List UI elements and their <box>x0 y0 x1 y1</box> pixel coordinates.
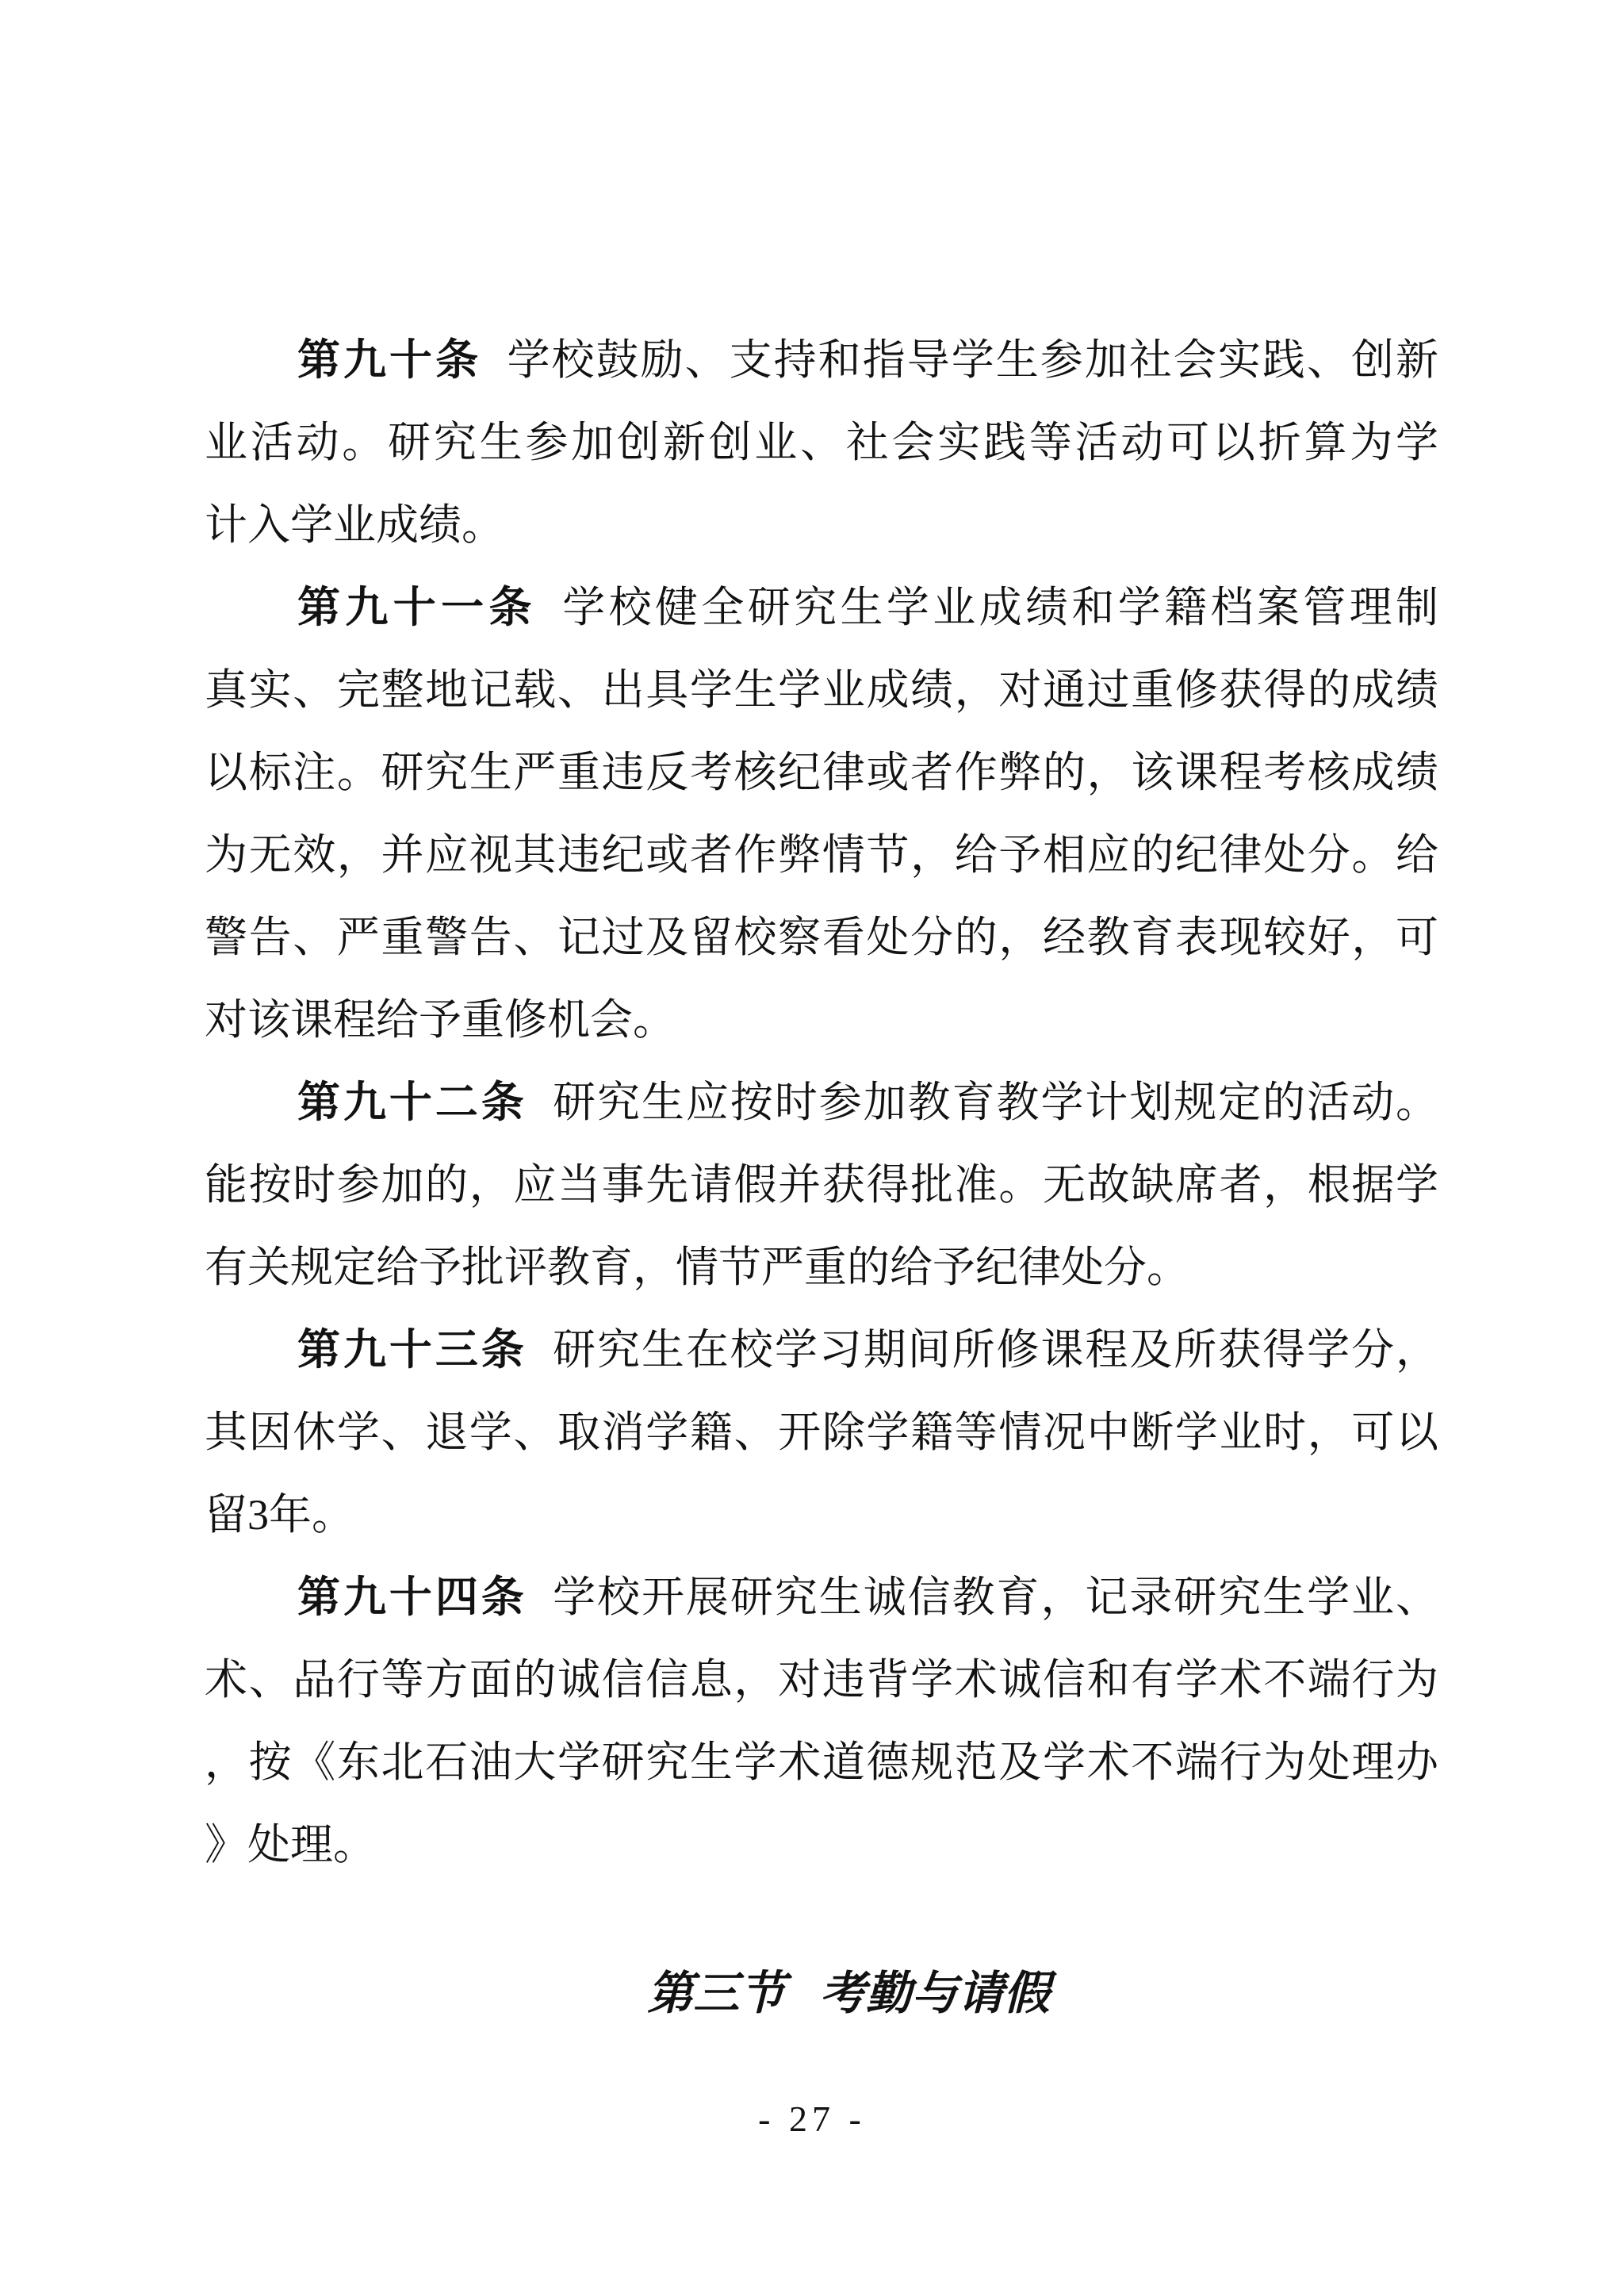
paragraph: 第九十三条研究生在校学习期间所修课程及所获得学分，在其因休学、退学、取消学籍、开… <box>205 1309 1438 1556</box>
paragraph-line: 第九十条学校鼓励、支持和指导学生参加社会实践、创新创 <box>205 319 1438 401</box>
document-body: 第九十条学校鼓励、支持和指导学生参加社会实践、创新创业活动。研究生参加创新创业、… <box>205 319 1438 1886</box>
paragraph-line: 计入学业成绩。 <box>205 484 1438 566</box>
paragraph-line: 其因休学、退学、取消学籍、开除学籍等情况中断学业时，可以保 <box>205 1391 1438 1474</box>
paragraph-line: 第九十三条研究生在校学习期间所修课程及所获得学分，在 <box>205 1309 1438 1391</box>
paragraph: 第九十一条学校健全研究生学业成绩和学籍档案管理制度，真实、完整地记载、出具学生学… <box>205 566 1438 1061</box>
article-number: 第九十一条 <box>297 584 537 631</box>
section-heading: 第三节 考勤与请假 <box>36 1953 1624 2035</box>
paragraph-line: 警告、严重警告、记过及留校察看处分的，经教育表现较好，可以 <box>205 896 1438 979</box>
document-page: 第九十条学校鼓励、支持和指导学生参加社会实践、创新创业活动。研究生参加创新创业、… <box>0 0 1624 2296</box>
page-number: - 27 - <box>0 2095 1624 2143</box>
paragraph-line: 留3年。 <box>205 1474 1438 1556</box>
article-number: 第九十条 <box>297 336 481 384</box>
paragraph-line: 术、品行等方面的诚信信息，对违背学术诚信和有学术不端行为的 <box>205 1639 1438 1721</box>
paragraph-line: 有关规定给予批评教育，情节严重的给予纪律处分。 <box>205 1226 1438 1309</box>
paragraph-line: 》处理。 <box>205 1803 1438 1886</box>
paragraph-line: 第九十四条学校开展研究生诚信教育，记录研究生学业、学 <box>205 1556 1438 1639</box>
paragraph: 第九十条学校鼓励、支持和指导学生参加社会实践、创新创业活动。研究生参加创新创业、… <box>205 319 1438 566</box>
paragraph-line: 第九十一条学校健全研究生学业成绩和学籍档案管理制度， <box>205 566 1438 649</box>
paragraph-line: 对该课程给予重修机会。 <box>205 979 1438 1061</box>
paragraph-line: 以标注。研究生严重违反考核纪律或者作弊的，该课程考核成绩记 <box>205 731 1438 814</box>
paragraph-line: 为无效，并应视其违纪或者作弊情节，给予相应的纪律处分。给予 <box>205 814 1438 896</box>
article-number: 第九十三条 <box>297 1326 527 1374</box>
paragraph-line: 真实、完整地记载、出具学生学业成绩，对通过重修获得的成绩予 <box>205 649 1438 731</box>
paragraph: 第九十四条学校开展研究生诚信教育，记录研究生学业、学术、品行等方面的诚信信息，对… <box>205 1556 1438 1886</box>
paragraph-line: ，按《东北石油大学研究生学术道德规范及学术不端行为处理办法 <box>205 1721 1438 1803</box>
paragraph: 第九十二条研究生应按时参加教育教学计划规定的活动。不能按时参加的，应当事先请假并… <box>205 1061 1438 1309</box>
paragraph-line: 第九十二条研究生应按时参加教育教学计划规定的活动。不 <box>205 1061 1438 1144</box>
article-number: 第九十二条 <box>297 1079 527 1126</box>
paragraph-line: 业活动。研究生参加创新创业、社会实践等活动可以折算为学分， <box>205 401 1438 484</box>
paragraph-line: 能按时参加的，应当事先请假并获得批准。无故缺席者，根据学校 <box>205 1144 1438 1226</box>
article-number: 第九十四条 <box>297 1573 527 1621</box>
